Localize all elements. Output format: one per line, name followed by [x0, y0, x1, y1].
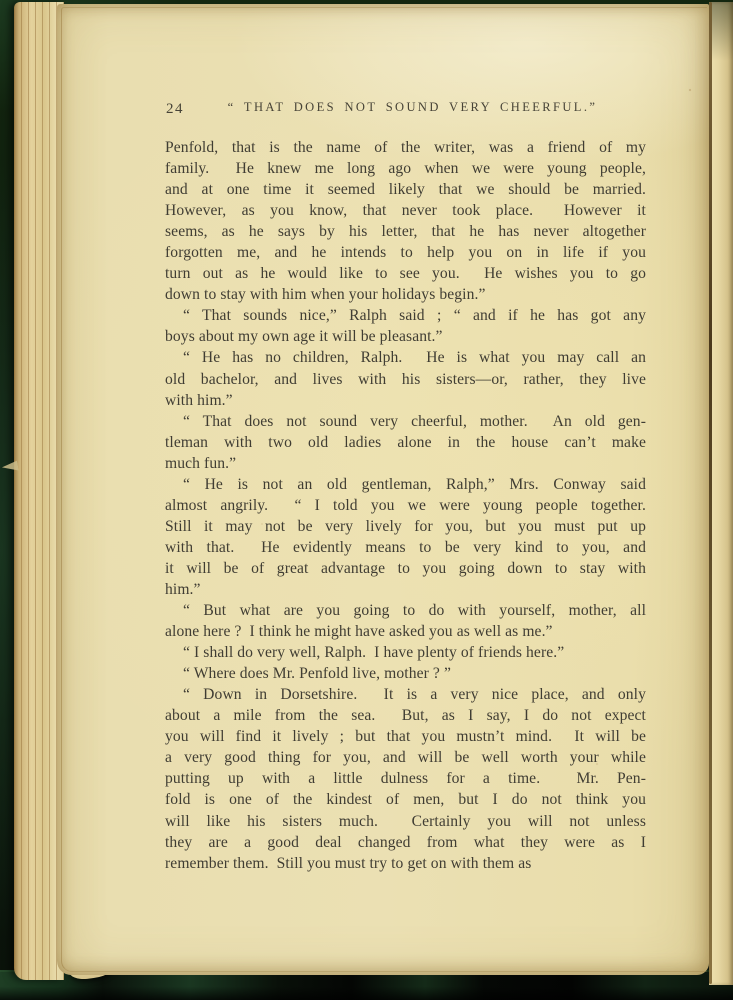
page-header: 24 “ THAT DOES NOT SOUND VERY CHEERFUL.” [165, 100, 646, 120]
text-line: Still it may not be very lively for you,… [165, 516, 646, 537]
text-line: with him.” [165, 390, 646, 411]
text-line: family. He knew me long ago when we were… [165, 158, 646, 179]
text-line: old bachelor, and lives with his sisters… [165, 369, 646, 390]
text-line: “ Down in Dorsetshire. It is a very nice… [165, 684, 646, 705]
text-line: boys about my own age it will be pleasan… [165, 326, 646, 347]
text-line: almost angrily. “ I told you we were you… [165, 495, 646, 516]
text-line: forgotten me, and he intends to help you… [165, 242, 646, 263]
body-text: Penfold, that is the name of the writer,… [165, 137, 646, 874]
text-line: they are a good deal changed from what t… [165, 832, 646, 853]
book-page: 24 “ THAT DOES NOT SOUND VERY CHEERFUL.”… [57, 4, 709, 975]
text-line: “ That sounds nice,” Ralph said ; “ and … [165, 305, 646, 326]
text-line: seems, as he says by his letter, that he… [165, 221, 646, 242]
running-header: “ THAT DOES NOT SOUND VERY CHEERFUL.” [165, 100, 646, 115]
text-line: with that. He evidently means to be very… [165, 537, 646, 558]
text-line: and at one time it seemed likely that we… [165, 179, 646, 200]
text-line: much fun.” [165, 453, 646, 474]
text-line: a very good thing for you, and will be w… [165, 747, 646, 768]
text-line: Penfold, that is the name of the writer,… [165, 137, 646, 158]
text-line: “ He is not an old gentleman, Ralph,” Mr… [165, 474, 646, 495]
text-line: about a mile from the sea. But, as I say… [165, 705, 646, 726]
text-line: down to stay with him when your holidays… [165, 284, 646, 305]
gutter-shadow [709, 2, 712, 984]
text-line: “ But what are you going to do with your… [165, 600, 646, 621]
text-line: you will find it lively ; but that you m… [165, 726, 646, 747]
text-line: “ That does not sound very cheerful, mot… [165, 411, 646, 432]
text-line: “ I shall do very well, Ralph. I have pl… [165, 642, 646, 663]
text-line: turn out as he would like to see you. He… [165, 263, 646, 284]
page-number: 24 [166, 101, 184, 118]
text-line: fold is one of the kindest of men, but I… [165, 789, 646, 810]
text-line: him.” [165, 579, 646, 600]
text-line: alone here ? I think he might have asked… [165, 621, 646, 642]
text-line: “ Where does Mr. Penfold live, mother ? … [165, 663, 646, 684]
adjacent-page-edge [709, 2, 733, 985]
book-scan: 24 “ THAT DOES NOT SOUND VERY CHEERFUL.”… [0, 0, 733, 1000]
text-line: “ He has no children, Ralph. He is what … [165, 347, 646, 368]
text-line: tleman with two old ladies alone in the … [165, 432, 646, 453]
text-line: However, as you know, that never took pl… [165, 200, 646, 221]
text-line: putting up with a little dulness for a t… [165, 768, 646, 789]
text-line: remember them. Still you must try to get… [165, 853, 646, 874]
text-line: will like his sisters much. Certainly yo… [165, 811, 646, 832]
text-line: it will be of great advantage to you goi… [165, 558, 646, 579]
